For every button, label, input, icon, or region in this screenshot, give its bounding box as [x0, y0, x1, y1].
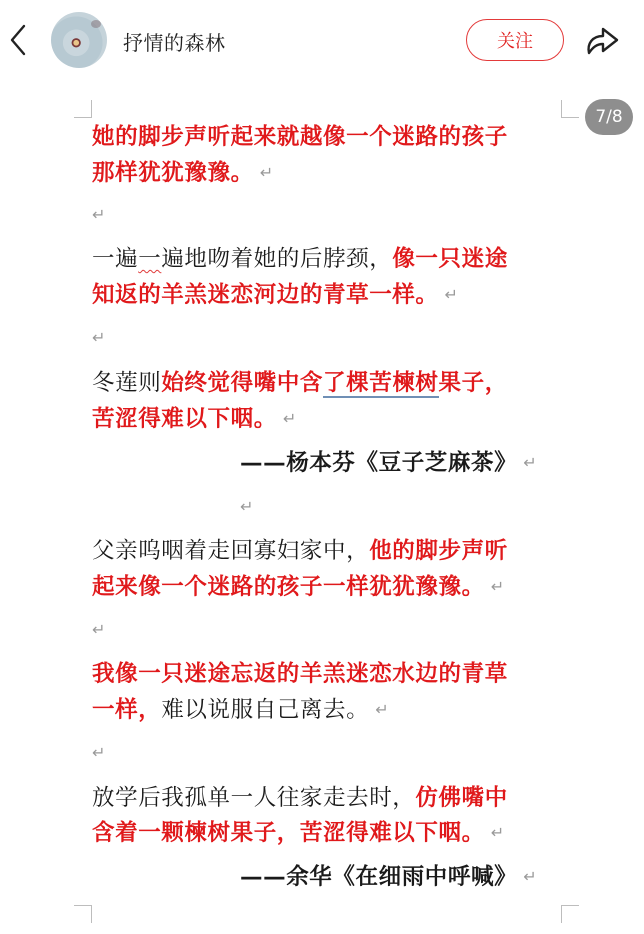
margin-corner-top-left [74, 100, 92, 118]
highlighted-text: 起来像一个迷路的孩子一样犹犹豫豫。 [92, 574, 485, 600]
username[interactable]: 抒情的森林 [123, 27, 226, 56]
highlighted-text: 仿佛嘴中 [415, 785, 507, 811]
doc-line-empty: ↵ [92, 738, 106, 768]
doc-line: 那样犹犹豫豫。↵ [92, 158, 274, 188]
doc-line: 冬莲则始终觉得嘴中含了棵苦楝树果子， [92, 368, 508, 398]
paragraph-mark-icon: ↵ [260, 163, 274, 182]
paragraph-mark-icon: ↵ [240, 497, 254, 516]
highlighted-text: 像一只迷途 [392, 246, 508, 272]
highlighted-text: 他的脚步声听 [369, 538, 508, 564]
body-text: 一遍 [92, 246, 138, 272]
body-text: 遍地吻着她的后脖颈， [161, 246, 392, 272]
doc-line: 一遍一遍地吻着她的后脖颈，像一只迷途 [92, 244, 508, 274]
body-text: 冬莲则 [92, 370, 161, 396]
doc-line: 父亲呜咽着走回寡妇家中，他的脚步声听 [92, 536, 508, 566]
page-counter-badge: 7/8 [585, 99, 633, 135]
doc-line: 知返的羊羔迷恋河边的青草一样。↵ [92, 280, 459, 310]
doc-line-empty: ↵ [92, 200, 106, 230]
paragraph-mark-icon: ↵ [523, 453, 537, 472]
doc-line-empty: ↵ [92, 323, 106, 353]
margin-corner-bottom-left [74, 905, 92, 923]
doc-line: 苦涩得难以下咽。↵ [92, 404, 297, 434]
paragraph-mark-icon: ↵ [92, 205, 106, 224]
doc-line-attribution: ——余华《在细雨中呼喊》↵ [240, 862, 537, 892]
attribution-text: ——余华《在细雨中呼喊》 [240, 864, 517, 890]
paragraph-mark-icon: ↵ [375, 700, 389, 719]
top-bar: 抒情的森林 关注 [0, 0, 644, 80]
paragraph-mark-icon: ↵ [523, 867, 537, 886]
highlighted-text: 苦涩得难以下咽。 [92, 406, 277, 432]
grammar-underlined-text: 了棵苦楝树 [323, 370, 439, 398]
paragraph-mark-icon: ↵ [92, 328, 106, 347]
paragraph-mark-icon: ↵ [491, 823, 505, 842]
margin-corner-bottom-right [561, 905, 579, 923]
avatar[interactable] [51, 12, 107, 68]
doc-line: 我像一只迷途忘返的羊羔迷恋水边的青草 [92, 659, 508, 689]
margin-corner-top-right [561, 100, 579, 118]
highlighted-text: 一样， [92, 697, 161, 723]
paragraph-mark-icon: ↵ [445, 285, 459, 304]
doc-line: 放学后我孤单一人往家走去时，仿佛嘴中 [92, 783, 508, 813]
doc-line: 起来像一个迷路的孩子一样犹犹豫豫。↵ [92, 572, 505, 602]
doc-line: 一样，难以说服自己离去。↵ [92, 695, 389, 725]
paragraph-mark-icon: ↵ [491, 577, 505, 596]
body-text: 父亲呜咽着走回寡妇家中， [92, 538, 369, 564]
highlighted-text: 含着一颗楝树果子，苦涩得难以下咽。 [92, 820, 485, 846]
highlighted-text: 始终觉得嘴中含 [161, 370, 323, 396]
attribution-text: ——杨本芬《豆子芝麻茶》 [240, 450, 517, 476]
doc-line: 含着一颗楝树果子，苦涩得难以下咽。↵ [92, 818, 505, 848]
body-text: 放学后我孤单一人往家走去时， [92, 785, 415, 811]
highlighted-text: 知返的羊羔迷恋河边的青草一样。 [92, 282, 439, 308]
paragraph-mark-icon: ↵ [92, 743, 106, 762]
follow-button[interactable]: 关注 [466, 19, 564, 61]
doc-line-empty: ↵ [240, 492, 254, 522]
highlighted-text: 她的脚步声听起来就越像一个迷路的孩子 [92, 124, 508, 150]
spellcheck-underlined-text: 一 [138, 246, 161, 272]
doc-line: 她的脚步声听起来就越像一个迷路的孩子 [92, 122, 508, 152]
doc-line-attribution: ——杨本芬《豆子芝麻茶》↵ [240, 448, 537, 478]
paragraph-mark-icon: ↵ [283, 409, 297, 428]
doc-line-empty: ↵ [92, 615, 106, 645]
paragraph-mark-icon: ↵ [92, 620, 106, 639]
share-arrow-icon [584, 22, 622, 58]
body-text: 难以说服自己离去。 [161, 697, 369, 723]
highlighted-text: 我像一只迷途忘返的羊羔迷恋水边的青草 [92, 661, 508, 687]
chevron-left-icon [6, 22, 32, 58]
share-button[interactable] [584, 22, 622, 58]
back-button[interactable] [6, 22, 32, 58]
highlighted-text: 那样犹犹豫豫。 [92, 160, 254, 186]
highlighted-text: 果子， [439, 370, 508, 396]
